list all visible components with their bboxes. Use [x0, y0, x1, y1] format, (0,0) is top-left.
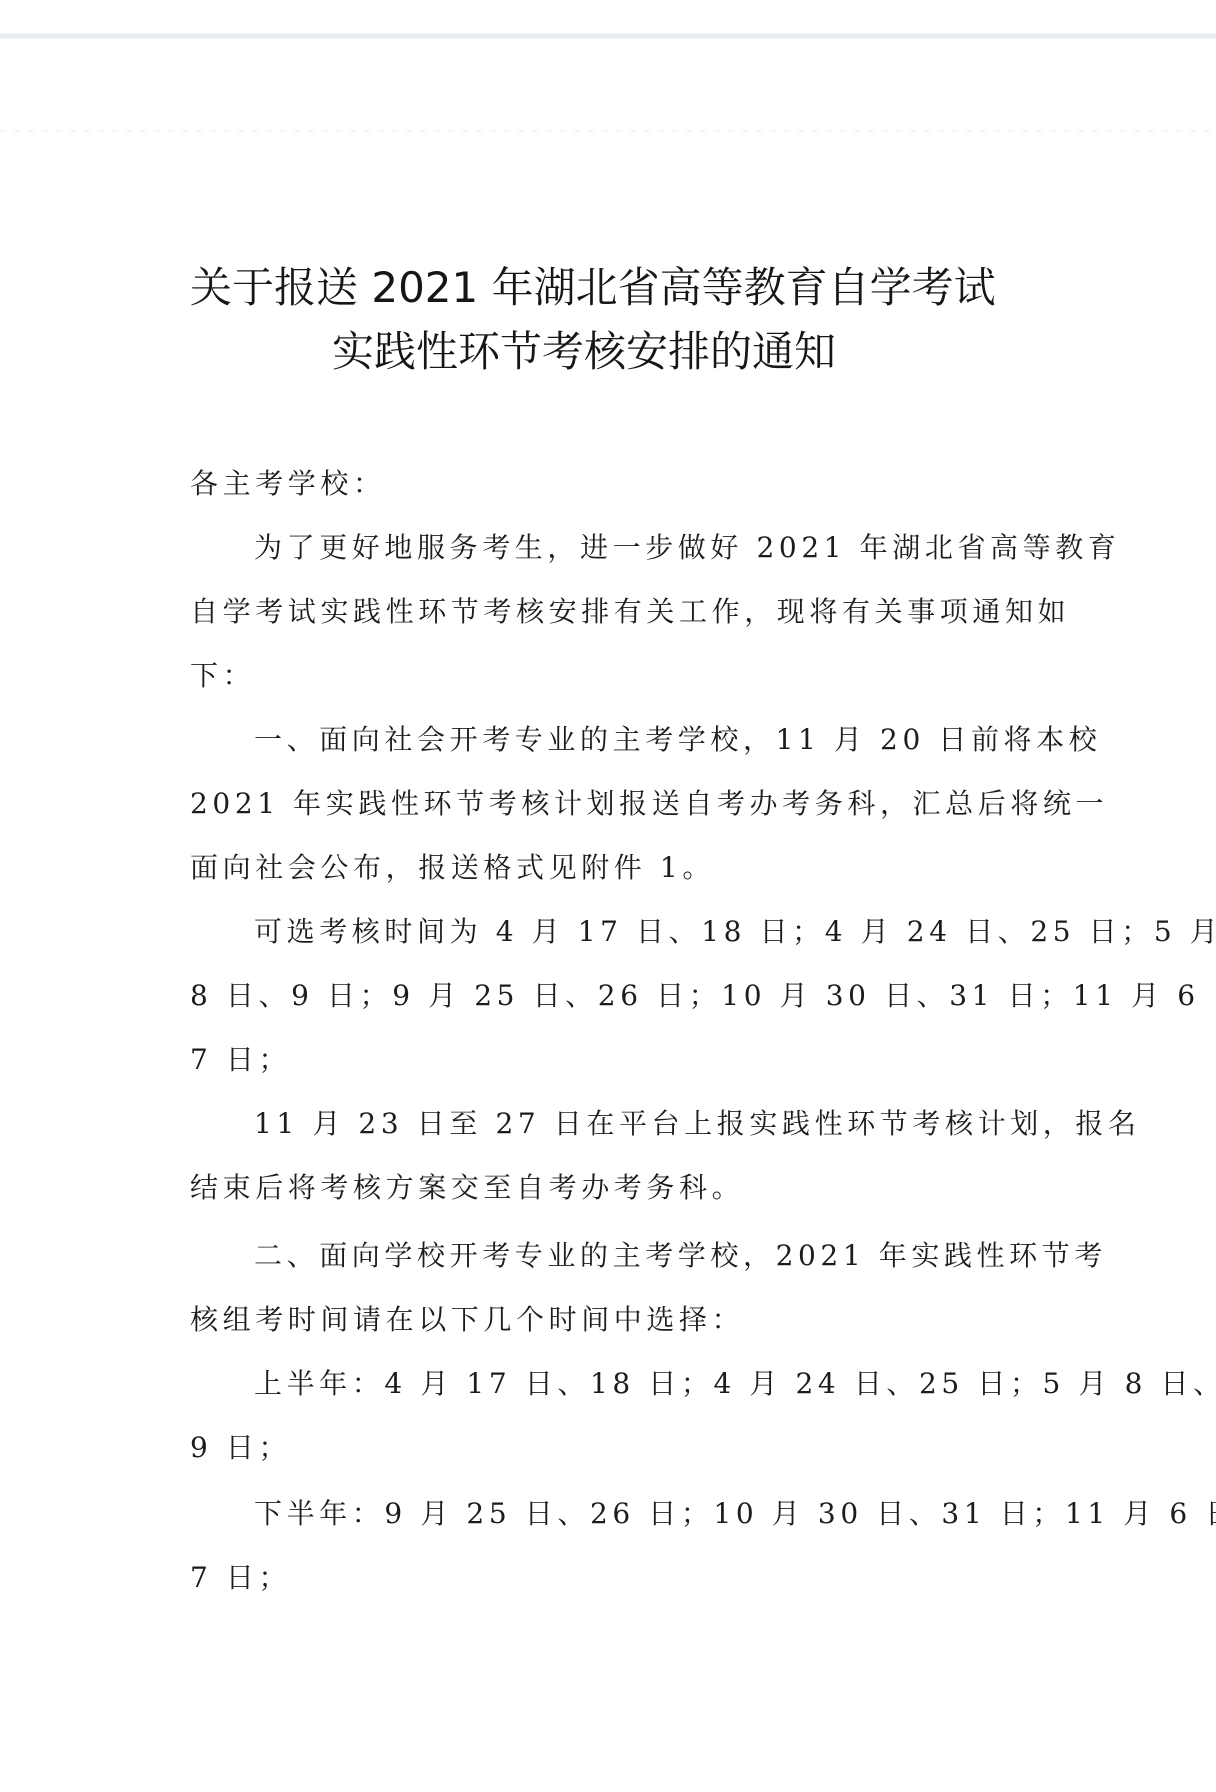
section-1-line-2: 2021 年实践性环节考核计划报送自考办考务科，汇总后将统一: [190, 786, 1108, 822]
section-1-line-3: 面向社会公布，报送格式见附件 1。: [190, 850, 715, 886]
section-2-line-2: 核组考时间请在以下几个时间中选择：: [190, 1302, 744, 1338]
section-1-dates-line-1: 可选考核时间为 4 月 17 日、18 日；4 月 24 日、25 日；5 月: [254, 914, 1216, 950]
section-1-dates-line-3: 7 日；: [190, 1042, 291, 1078]
section-1-platform-line-1: 11 月 23 日至 27 日在平台上报实践性环节考核计划，报名: [254, 1106, 1141, 1142]
document-title-line-1: 关于报送 2021 年湖北省高等教育自学考试: [190, 263, 1216, 313]
section-1-line-1: 一、面向社会开考专业的主考学校，11 月 20 日前将本校: [254, 722, 1101, 758]
second-half-dates-line-1: 下半年：9 月 25 日、26 日；10 月 30 日、31 日；11 月 6 …: [254, 1496, 1216, 1532]
section-1-platform-line-2: 结束后将考核方案交至自考办考务科。: [190, 1170, 744, 1206]
paragraph-intro-line-2: 自学考试实践性环节考核安排有关工作，现将有关事项通知如: [190, 594, 1070, 630]
document-page: 关于报送 2021 年湖北省高等教育自学考试 实践性环节考核安排的通知 各主考学…: [0, 0, 1216, 1792]
second-half-dates-line-2: 7 日；: [190, 1560, 291, 1596]
salutation: 各主考学校：: [190, 466, 386, 502]
paragraph-intro-line-3: 下：: [190, 658, 255, 694]
paragraph-intro-line-1: 为了更好地服务考生，进一步做好 2021 年湖北省高等教育: [254, 530, 1120, 566]
document-title-line-2: 实践性环节考核安排的通知: [332, 327, 1216, 377]
first-half-dates-line-2: 9 日；: [190, 1430, 291, 1466]
section-1-dates-line-2: 8 日、9 日；9 月 25 日、26 日；10 月 30 日、31 日；11 …: [190, 978, 1216, 1014]
first-half-dates-line-1: 上半年：4 月 17 日、18 日；4 月 24 日、25 日；5 月 8 日、: [254, 1366, 1216, 1402]
section-2-line-1: 二、面向学校开考专业的主考学校，2021 年实践性环节考: [254, 1238, 1107, 1274]
